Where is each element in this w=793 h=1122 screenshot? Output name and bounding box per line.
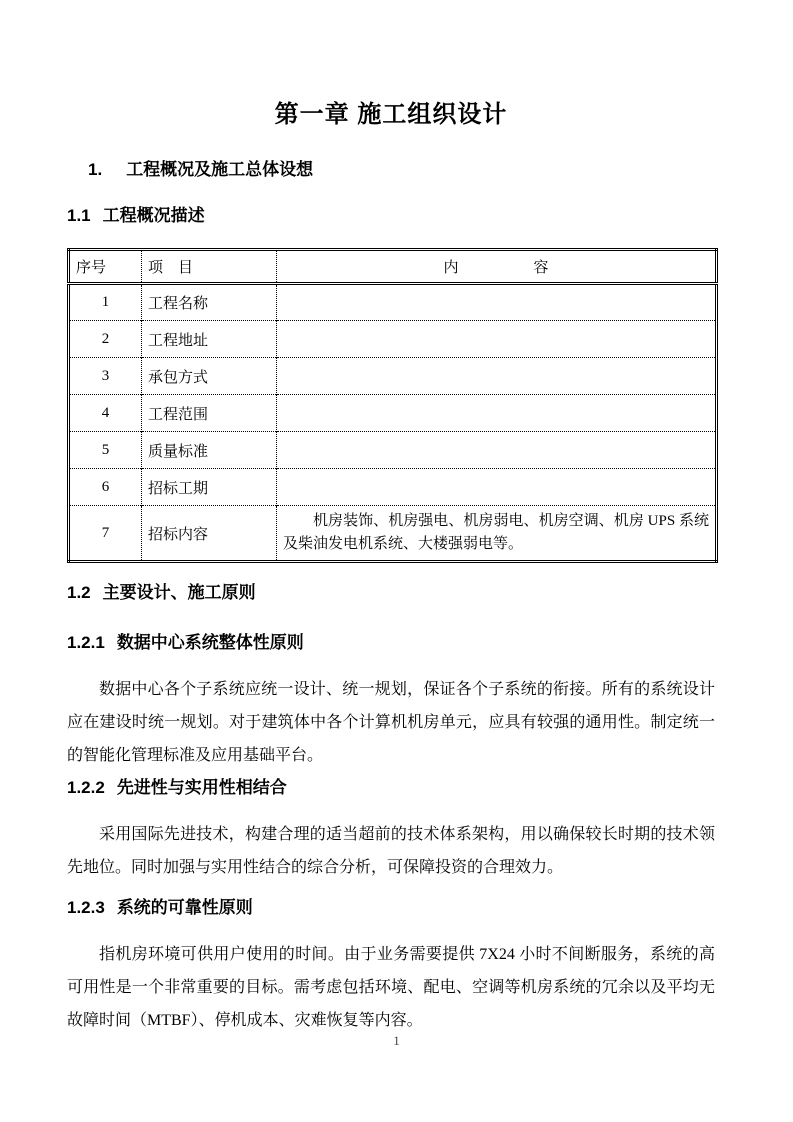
table-row: 6 招标工期 <box>69 469 717 506</box>
paragraph-1-2-2: 采用国际先进技术，构建合理的适当超前的技术体系架构，用以确保较长时期的技术领先地… <box>67 818 715 884</box>
table-row: 7 招标内容 机房装饰、机房强电、机房弱电、机房空调、机房 UPS 系统及柴油发… <box>69 506 717 562</box>
cell-no: 6 <box>69 469 142 506</box>
cell-content <box>277 358 717 395</box>
table-header-row: 序号 项 目 内 容 <box>69 250 717 284</box>
table-row: 4 工程范围 <box>69 395 717 432</box>
table-header-item: 项 目 <box>142 250 277 284</box>
cell-no: 3 <box>69 358 142 395</box>
page-title: 第一章 施工组织设计 <box>67 100 715 130</box>
cell-content: 机房装饰、机房强电、机房弱电、机房空调、机房 UPS 系统及柴油发电机系统、大楼… <box>277 506 717 562</box>
heading-1-label: 工程概况及施工总体设想 <box>126 160 313 179</box>
heading-1-2-3-label: 系统的可靠性原则 <box>117 898 253 917</box>
cell-no: 2 <box>69 321 142 358</box>
table-row: 3 承包方式 <box>69 358 717 395</box>
table-header-content: 内 容 <box>277 250 717 284</box>
project-overview-table: 序号 项 目 内 容 1 工程名称 2 工程地址 3 承包方式 <box>67 248 718 563</box>
cell-item: 质量标准 <box>142 432 277 469</box>
heading-1-1: 1.1工程概况描述 <box>67 206 715 226</box>
cell-no: 1 <box>69 284 142 321</box>
heading-1-2-2-label: 先进性与实用性相结合 <box>117 778 287 797</box>
heading-1-2-2: 1.2.2先进性与实用性相结合 <box>67 778 715 798</box>
table-row: 2 工程地址 <box>69 321 717 358</box>
heading-1-2-3: 1.2.3系统的可靠性原则 <box>67 898 715 918</box>
cell-item: 工程名称 <box>142 284 277 321</box>
page-number: 1 <box>0 1033 793 1049</box>
cell-no: 5 <box>69 432 142 469</box>
heading-1-2-2-number: 1.2.2 <box>67 778 105 798</box>
cell-content <box>277 395 717 432</box>
cell-item: 招标内容 <box>142 506 277 562</box>
paragraph-1-2-3: 指机房环境可供用户使用的时间。由于业务需要提供 7X24 小时不间断服务，系统的… <box>67 938 715 1037</box>
cell-item: 工程范围 <box>142 395 277 432</box>
cell-content <box>277 284 717 321</box>
document-page: 第一章 施工组织设计 1.工程概况及施工总体设想 1.1工程概况描述 序号 项 … <box>0 0 793 1122</box>
cell-item: 招标工期 <box>142 469 277 506</box>
heading-1-2-label: 主要设计、施工原则 <box>103 583 256 602</box>
heading-1-number: 1. <box>88 160 102 180</box>
heading-1-1-number: 1.1 <box>67 206 91 226</box>
heading-1-2-3-number: 1.2.3 <box>67 898 105 918</box>
cell-content <box>277 432 717 469</box>
cell-content <box>277 469 717 506</box>
heading-1-2-1-number: 1.2.1 <box>67 633 105 653</box>
heading-1: 1.工程概况及施工总体设想 <box>88 160 715 180</box>
heading-1-2-number: 1.2 <box>67 583 91 603</box>
table-row: 1 工程名称 <box>69 284 717 321</box>
heading-1-2-1-label: 数据中心系统整体性原则 <box>117 633 304 652</box>
heading-1-2: 1.2主要设计、施工原则 <box>67 583 715 603</box>
cell-content <box>277 321 717 358</box>
heading-1-1-label: 工程概况描述 <box>103 206 205 225</box>
table-row: 5 质量标准 <box>69 432 717 469</box>
cell-no: 7 <box>69 506 142 562</box>
cell-no: 4 <box>69 395 142 432</box>
cell-item: 工程地址 <box>142 321 277 358</box>
paragraph-1-2-1: 数据中心各个子系统应统一设计、统一规划，保证各个子系统的衔接。所有的系统设计应在… <box>67 673 715 772</box>
table-header-no: 序号 <box>69 250 142 284</box>
cell-item: 承包方式 <box>142 358 277 395</box>
heading-1-2-1: 1.2.1数据中心系统整体性原则 <box>67 633 715 653</box>
